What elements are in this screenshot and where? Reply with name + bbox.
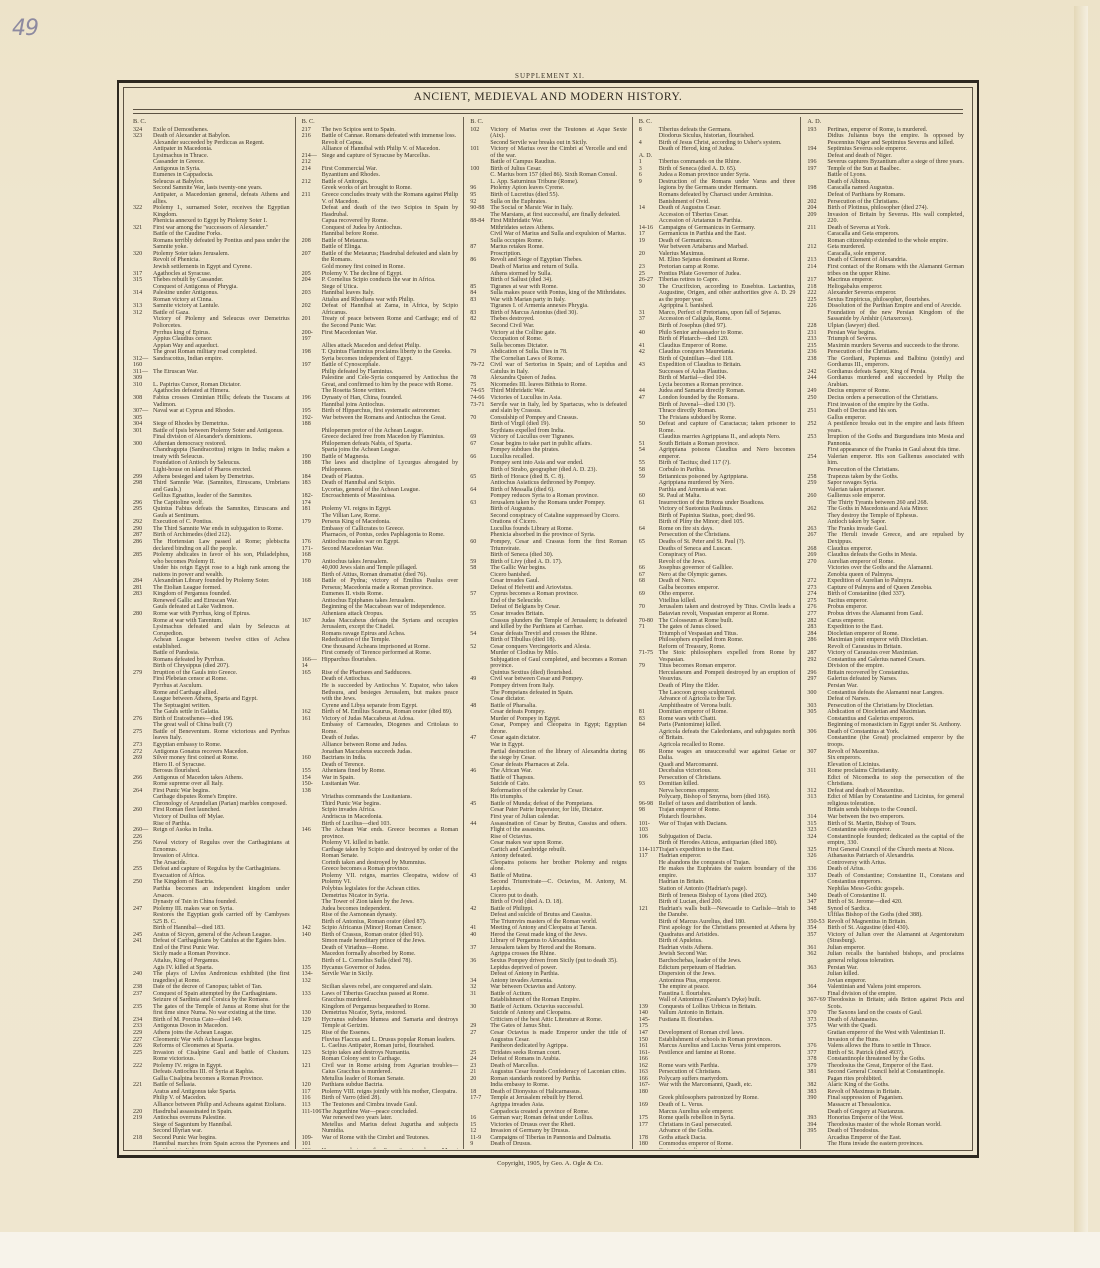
entry-year xyxy=(133,238,153,251)
entry-text: Fustiana II. flourishes. xyxy=(659,1017,796,1030)
entry-year: 171-168 xyxy=(302,546,322,559)
entry-year: 168 xyxy=(302,578,322,591)
entry-text: Palestine and Cele-Syria conquered by An… xyxy=(322,375,459,388)
era-heading: B. C. xyxy=(133,119,290,126)
entry-year: 73-71 xyxy=(470,402,490,415)
timeline-entry: 298Third Samnite War. (Samnites, Etrusca… xyxy=(133,480,290,493)
entry-year: 313 xyxy=(807,794,827,807)
entry-year: 101 xyxy=(470,146,490,159)
entry-year xyxy=(133,1141,153,1149)
entry-text: Metellus and Marius defeat Jugurtha and … xyxy=(322,1122,459,1135)
entry-year xyxy=(639,670,659,683)
entry-year xyxy=(133,447,153,460)
entry-year xyxy=(302,683,322,703)
timeline-entry: 207Battle of the Metaurus; Hasdrubal def… xyxy=(302,251,459,264)
entry-year: 71-75 xyxy=(639,650,659,663)
entry-text: Lysimachus defeated and slain by Seleucu… xyxy=(153,624,290,637)
entry-text: Death of Drusus. xyxy=(490,1141,627,1148)
timeline-entry: 214First contact of the Romans with the … xyxy=(807,264,964,277)
timeline-entry: 337Death of Constantine; Constantine II.… xyxy=(807,873,964,886)
timeline-entry: 201Treaty of peace between Rome and Cart… xyxy=(302,316,459,329)
timeline-entry: 79-72Civil war of Sertorius in Spain; an… xyxy=(470,362,627,375)
entry-year: 188 xyxy=(302,460,322,473)
entry-text: War of Trajan with Dacians. xyxy=(659,821,796,834)
timeline-entry: 168Battle of Pydna; victory of Emilius P… xyxy=(302,578,459,591)
entry-text: Chandragupta (Sandracottus) reigns in In… xyxy=(153,447,290,460)
timeline-entry: Ptolemy VII. reigns, marries Cleopatra, … xyxy=(302,873,459,886)
entry-text: Encroachments of Massinissa. xyxy=(322,493,459,506)
entry-year: 252 xyxy=(807,421,827,434)
timeline-column-2: B. C. 217The two Scipios sent to Spain.2… xyxy=(296,117,465,1149)
timeline-entry: 202Defeat of Hannibal at Zama, in Africa… xyxy=(302,303,459,316)
timeline-entry: 121Civil war in Rome arising from Agrari… xyxy=(302,1063,459,1076)
entry-year: 167-180 xyxy=(639,1082,659,1095)
entry-year xyxy=(807,310,827,323)
entry-year: 238 xyxy=(807,356,827,369)
entry-text: Edict of Milan by Constantine and Licini… xyxy=(827,794,964,807)
entry-year: 44 xyxy=(470,821,490,834)
entry-text: Invasion of Britain by Severus. His wall… xyxy=(827,212,964,225)
timeline-entry: Cesar, Pompey and Cleopatra in Egypt; Eg… xyxy=(470,722,627,735)
timeline-entry: Statue of Aurelius erected. xyxy=(639,1148,796,1149)
timeline-entry: 145-175Fustiana II. flourishes. xyxy=(639,1017,796,1030)
timeline-entry: 244Gordianus murdered and succeeded by P… xyxy=(807,375,964,388)
timeline-column-1: B. C. 324Exile of Demosthenes.323Death o… xyxy=(127,117,296,1149)
entry-text: Romans terribly defeated by Pontius and … xyxy=(153,238,290,251)
entry-text: Victory of Marius over the Cimbri at Ver… xyxy=(490,146,627,159)
entry-text: The gates of the Temple of Janus at Rome… xyxy=(153,1004,290,1017)
entry-text: Antipater, a Macedonian general, defeats… xyxy=(153,192,290,205)
entry-text: Pestilence and famine at Rome. xyxy=(659,1050,796,1063)
entry-text: Lusitanian War. xyxy=(322,781,459,794)
timeline-entry: 253Irruption of the Goths and Burgundian… xyxy=(807,434,964,447)
timeline-entry: Metellus and Marius defeat Jugurtha and … xyxy=(302,1122,459,1135)
entry-text: Reign of Asoka in India. xyxy=(153,827,290,840)
entry-year: 207 xyxy=(302,251,322,264)
era-heading: A. D. xyxy=(807,119,964,126)
timeline-entry: 27Cesar Octavius is made Emperor under t… xyxy=(470,1030,627,1043)
entry-year: 357 xyxy=(807,932,827,945)
entry-year: 322 xyxy=(133,205,153,218)
entry-year: 225 xyxy=(133,1050,153,1063)
entry-year xyxy=(133,912,153,925)
entry-text: Fabius crosses Ciminian Hills; defeats t… xyxy=(153,395,290,408)
entry-year: 166—14 xyxy=(302,657,322,670)
timeline-entry: Achean League between twelve cities of A… xyxy=(133,637,290,650)
entry-year: 54 xyxy=(639,447,659,460)
timeline-entry: 238The Gordiani, Pupienus and Balbinu (j… xyxy=(807,356,964,369)
entry-year: 9 xyxy=(470,1141,490,1148)
entry-year xyxy=(133,886,153,899)
entry-year: 182-174 xyxy=(302,493,322,506)
history-table-frame: ANCIENT, MEDIEVAL AND MODERN HISTORY. B.… xyxy=(117,80,979,1158)
entry-year xyxy=(807,735,827,748)
entry-text: Constantinople founded; dedicated as the… xyxy=(827,834,964,847)
entry-text: Pompey, Cesar and Crassus form the first… xyxy=(490,539,627,552)
entry-list: 324Exile of Demosthenes.323Death of Alex… xyxy=(133,127,290,1149)
entry-year: 146 xyxy=(302,827,322,840)
entry-text: Statue of Aurelius erected. xyxy=(659,1148,796,1149)
page-title: ANCIENT, MEDIEVAL AND MODERN HISTORY. xyxy=(119,91,977,103)
entry-text: Victory of Ptolemy and Seleucus over Dem… xyxy=(153,316,290,329)
title-divider xyxy=(133,109,963,114)
entry-text: Judas Maccabeus defeats the Syrians and … xyxy=(322,618,459,631)
entry-year: 79-72 xyxy=(470,362,490,375)
entry-text: Battle of Beneventum. Rome victorious an… xyxy=(153,729,290,742)
entry-year: 298 xyxy=(133,480,153,493)
entry-year: 308 xyxy=(133,395,153,408)
entry-text: The Achean War ends. Greece becomes a Ro… xyxy=(322,827,459,840)
entry-text: Cesar, Pompey and Cleopatra in Egypt; Eg… xyxy=(490,722,627,735)
entry-year: 214—212 xyxy=(302,153,322,166)
timeline-entry: Defeat and death of the two Scipios in S… xyxy=(302,205,459,218)
entry-year: 121 xyxy=(639,906,659,919)
timeline-entry: 254Valerian emperor. His son Gallienus a… xyxy=(807,454,964,467)
entry-text: Constantine (the Great) proclaimed emper… xyxy=(827,735,964,748)
entry-text: Parthia becomes an independent kingdom u… xyxy=(153,886,290,899)
timeline-entry: 182-174Encroachments of Massinissa. xyxy=(302,493,459,506)
timeline-entry: Romans terribly defeated by Pontius and … xyxy=(133,238,290,251)
timeline-entry: Subjugation of Gaul completed, and becom… xyxy=(470,657,627,670)
timeline-entry: 129Hycranus subdues Idumea and Samaria a… xyxy=(302,1017,459,1030)
timeline-entry: 260—226Reign of Asoka in India. xyxy=(133,827,290,840)
timeline-entry: 86Rome wages an unsuccessful war against… xyxy=(639,749,796,762)
entry-text: The plays of Livius Andronicus exhibited… xyxy=(153,971,290,984)
timeline-entry: Under his reign Egypt rose to a high ran… xyxy=(133,565,290,578)
timeline-entry: 134-132Servile War in Sicily. xyxy=(302,971,459,984)
timeline-entry: 150-138Lusitanian War. xyxy=(302,781,459,794)
timeline-entry: Antipater, a Macedonian general, defeats… xyxy=(133,192,290,205)
entry-text: War between the Romans and Antiochus the… xyxy=(322,415,459,428)
entry-text: First contact of the Romans with the Ala… xyxy=(827,264,964,277)
timeline-entry: He is succeeded by Antiochus V. Eupator,… xyxy=(302,683,459,703)
entry-text: Hannibal marches from Spain across the P… xyxy=(153,1141,290,1149)
entry-text: War of Rome with the Cimbri and Teutones… xyxy=(322,1135,459,1148)
entry-year: 50 xyxy=(639,421,659,434)
timeline-entry: He makes the Euphrates the eastern bound… xyxy=(639,866,796,879)
entry-text: Hyrcanus destroys the Samaritan temple o… xyxy=(322,1148,459,1149)
entry-year: 134-132 xyxy=(302,971,322,984)
timeline-entry: 200-197First Macedonian War. xyxy=(302,330,459,343)
entry-list: 193Pertinax, emperor of Rome, is murdere… xyxy=(807,127,964,1148)
entry-year: 256 xyxy=(133,840,153,853)
timeline-entry: 106Hyrcanus destroys the Samaritan templ… xyxy=(302,1148,459,1149)
entry-text: Treaty of peace between Rome and Carthag… xyxy=(322,316,459,329)
entry-text: Servile war in Italy, led by Spartacus, … xyxy=(490,402,627,415)
entry-year: 286 xyxy=(133,539,153,552)
entry-year: 260—226 xyxy=(133,827,153,840)
timeline-entry: 211Greece concludes treaty with the Roma… xyxy=(302,192,459,205)
entry-text: The laws and discipline of Lycurgus abro… xyxy=(322,460,459,473)
timeline-entry: 252A pestilence breaks out in the empire… xyxy=(807,421,964,434)
entry-text: Partial destruction of the library of Al… xyxy=(490,749,627,762)
entry-year xyxy=(470,618,490,631)
entry-year: 240 xyxy=(133,971,153,984)
entry-year xyxy=(639,866,659,879)
entry-year xyxy=(470,657,490,670)
entry-text: Ptolemy VII. reigns, marries Cleopatra, … xyxy=(322,873,459,886)
entry-text: Defeat and death of the two Scipios in S… xyxy=(322,205,459,218)
entry-text: Invasion of Cisalpine Gaul and battle of… xyxy=(153,1050,290,1063)
entry-year: 106 xyxy=(302,1148,322,1149)
timeline-entry: Foundation of the new Persian Kingdom of… xyxy=(807,310,964,323)
timeline-entry: 240The plays of Livius Andronicus exhibi… xyxy=(133,971,290,984)
timeline-entry: 192-188War between the Romans and Antioc… xyxy=(302,415,459,428)
timeline-entry: Victory of Ptolemy and Seleucus over Dem… xyxy=(133,316,290,329)
entry-text: Cesar Octavius is made Emperor under the… xyxy=(490,1030,627,1043)
entry-text: Julian recalls the banished bishops, and… xyxy=(827,951,964,964)
entry-text: Didius Julianus buys the empire. Is oppo… xyxy=(827,133,964,146)
timeline-entry: 267The Heruli invade Greece, and are rep… xyxy=(807,532,964,545)
entry-year: 235 xyxy=(133,1004,153,1017)
timeline-entry: 312—160Sandracottus, Indian empire. xyxy=(133,356,290,369)
timeline-entry: 313Edict of Milan by Constantine and Lic… xyxy=(807,794,964,807)
timeline-entry: 209Invasion of Britain by Severus. His w… xyxy=(807,212,964,225)
timeline-entry: 44Assassination of Cesar by Brutus, Cass… xyxy=(470,821,627,834)
entry-text: Cleopatra poisons her brother Ptolemy an… xyxy=(490,860,627,873)
timeline-entry: 101Victory of Marius over the Cimbri at … xyxy=(470,146,627,159)
entry-text: The Heruli invade Greece, and are repuls… xyxy=(827,532,964,545)
timeline-entry: 166—14Hipparchus flourishes. xyxy=(302,657,459,670)
entry-text: War with the Marcomanni, Quadi, etc. xyxy=(659,1082,796,1095)
entry-text: A pestilence breaks out in the empire an… xyxy=(827,421,964,434)
entry-year: 367-'69 xyxy=(807,997,827,1010)
timeline-entry: 324Constantinople founded; dedicated as … xyxy=(807,834,964,847)
entry-text: Hipparchus flourishes. xyxy=(322,657,459,670)
entry-text: Agricola defeats the Caledonians, and su… xyxy=(659,729,796,742)
entry-text: Theodosius in Britain; aids Briton again… xyxy=(827,997,964,1010)
entry-text: He makes the Euphrates the eastern bound… xyxy=(659,866,796,879)
timeline-entry: 167Judas Maccabeus defeats the Syrians a… xyxy=(302,618,459,631)
timeline-entry: 275Battle of Beneventum. Rome victorious… xyxy=(133,729,290,742)
entry-text: Naval victory of Regulus over the Cartha… xyxy=(153,840,290,853)
entry-year xyxy=(302,1122,322,1135)
entry-text: The Hortensian Law passed at Rome; plebi… xyxy=(153,539,290,552)
entry-year: 214 xyxy=(807,264,827,277)
entry-list: 102Victory of Marius over the Teutones a… xyxy=(470,127,627,1148)
entry-text: Edict of Nicomedia to stop the persecuti… xyxy=(827,775,964,788)
entry-text: Rome wages an unsuccessful war against G… xyxy=(659,749,796,762)
timeline-entry: 295Quintus Fabius defeats the Samnites, … xyxy=(133,506,290,519)
copyright-notice: Copyright, 1905, by Geo. A. Ogle & Co. xyxy=(0,1160,1100,1167)
entry-text: Battle of the Metaurus; Hasdrubal defeat… xyxy=(322,251,459,264)
entry-year: 161-166 xyxy=(639,1050,659,1063)
timeline-entry: Chandragupta (Sandracottus) reigns in In… xyxy=(133,447,290,460)
timeline-entry: 308Fabius crosses Ciminian Hills; defeat… xyxy=(133,395,290,408)
entry-year: 307—305 xyxy=(133,408,153,421)
entry-text: He is succeeded by Antiochus V. Eupator,… xyxy=(322,683,459,703)
era-heading: B. C. xyxy=(302,119,459,126)
entry-text: Ptolemy I., surnamed Soter, receives the… xyxy=(153,205,290,218)
timeline-entry: Constantine (the Great) proclaimed emper… xyxy=(807,735,964,748)
entry-list: 8Tiberius defeats the Germans.Diodorus S… xyxy=(639,127,796,1149)
entry-text: Defeat and capture of Caractacus; taken … xyxy=(659,421,796,434)
entry-text: The Crucifixion, according to Eusebius. … xyxy=(659,284,796,304)
entry-year: 167 xyxy=(302,618,322,631)
entry-year xyxy=(470,879,490,892)
timeline-entry: 109-101War of Rome with the Cimbri and T… xyxy=(302,1135,459,1148)
entry-text: Battle of Pydna; victory of Emilius Paul… xyxy=(322,578,459,591)
timeline-column-5: A. D. 193Pertinax, emperor of Rome, is m… xyxy=(801,117,969,1149)
entry-text: Ptolemy abdicates in favor of his son, P… xyxy=(153,552,290,565)
entry-year: 324 xyxy=(807,834,827,847)
supplement-label: SUPPLEMENT XI. xyxy=(0,72,1100,80)
entry-text: Agrippiana poisons Claudius and Nero bec… xyxy=(659,447,796,460)
entry-year: 86 xyxy=(639,749,659,762)
entry-text: Achean League between twelve cities of A… xyxy=(153,637,290,650)
timeline-entry: 167-180War with the Marcomanni, Quadi, e… xyxy=(639,1082,796,1095)
timeline-entry: Lysimachus defeated and slain by Seleucu… xyxy=(133,624,290,637)
timeline-entry: 71-75The Stoic philosophers expelled fro… xyxy=(639,650,796,663)
entry-year: 312—160 xyxy=(133,356,153,369)
era-heading: B. C. xyxy=(470,119,627,126)
entry-year xyxy=(639,925,659,938)
timeline-entry: 30The Crucifixion, according to Eusebius… xyxy=(639,284,796,304)
entry-year: 30 xyxy=(639,284,659,304)
entry-year: 192-188 xyxy=(302,415,322,428)
entry-text: Jerusalem taken and destroyed by Titus. … xyxy=(659,604,796,617)
entry-text: Naval war at Cyprus and Rhodes. xyxy=(153,408,290,421)
timeline-entry: 161-166Pestilence and famine at Rome. xyxy=(639,1050,796,1063)
entry-year xyxy=(470,860,490,873)
timeline-entry: Second Triumvirate—C. Octavius, M. Anton… xyxy=(470,879,627,892)
timeline-entry: 60Pompey, Cesar and Crassus form the fir… xyxy=(470,539,627,552)
timeline-entry: Carthage taken by Scipio and destroyed b… xyxy=(302,847,459,860)
entry-text: Irruption of the Goths and Burgundians i… xyxy=(827,434,964,447)
entry-list: 217The two Scipios sent to Spain.216Batt… xyxy=(302,127,459,1149)
entry-text: The Etruscan War. xyxy=(153,369,290,382)
entry-year: 109-101 xyxy=(302,1135,322,1148)
timeline-entry: 256Naval victory of Regulus over the Car… xyxy=(133,840,290,853)
entry-year: 145-175 xyxy=(639,1017,659,1030)
entry-text: First apology for the Christians present… xyxy=(659,925,796,938)
timeline-entry: 322Ptolemy I., surnamed Soter, receives … xyxy=(133,205,290,218)
entry-year: 362 xyxy=(807,951,827,964)
timeline-entry: Parthia becomes an independent kingdom u… xyxy=(133,886,290,899)
timeline-entry: 235The gates of the Temple of Janus at R… xyxy=(133,1004,290,1017)
entry-year: 200-197 xyxy=(302,330,322,343)
timeline-entry: First apology for the Christians present… xyxy=(639,925,796,938)
entry-year: 311—309 xyxy=(133,369,153,382)
entry-text: Crassus plunders the Temple of Jerusalem… xyxy=(490,618,627,631)
entry-text: Civil war of Sertorius in Spain; and of … xyxy=(490,362,627,375)
entry-year xyxy=(470,722,490,735)
entry-text: Restores the Egyptian gods carried off b… xyxy=(153,912,290,925)
entry-text: Third Samnite War. (Samnites, Etruscans,… xyxy=(153,480,290,493)
timeline-entry: 286The Hortensian Law passed at Rome; pl… xyxy=(133,539,290,552)
timeline-entry: 357Victory of Julian over the Alamanni a… xyxy=(807,932,964,945)
entry-year xyxy=(133,316,153,329)
timeline-entry: Hannibal marches from Spain across the P… xyxy=(133,1141,290,1149)
entry-year: 70 xyxy=(639,604,659,617)
handwritten-page-number: 49 xyxy=(12,16,38,41)
entry-text: Gordianus murdered and succeeded by Phil… xyxy=(827,375,964,388)
timeline-entry: Partial destruction of the library of Al… xyxy=(470,749,627,762)
entry-year: 209 xyxy=(807,212,827,225)
timeline-entry: 9Destruction of the Romans under Varus a… xyxy=(639,179,796,192)
timeline-columns: B. C. 324Exile of Demosthenes.323Death o… xyxy=(127,117,969,1149)
entry-text: Death of Constantine; Constantine II., C… xyxy=(827,873,964,886)
entry-text: Foundation of the new Persian Kingdom of… xyxy=(827,310,964,323)
entry-text: Valerian emperor. His son Gallienus asso… xyxy=(827,454,964,467)
timeline-entry: Restores the Egyptian gods carried off b… xyxy=(133,912,290,925)
entry-text: Assassination of Cesar by Brutus, Cassiu… xyxy=(490,821,627,834)
entry-text: Greece concludes treaty with the Romans … xyxy=(322,192,459,205)
entry-year: 201 xyxy=(302,316,322,329)
page-bottom-margin xyxy=(0,1232,1100,1268)
timeline-column-4: B. C. 8Tiberius defeats the Germans.Diod… xyxy=(633,117,802,1149)
entry-text: Victory of Marius over the Teutones at A… xyxy=(490,127,627,140)
timeline-entry: 214—212Siege and capture of Syracuse by … xyxy=(302,153,459,166)
entry-text: Quintus Fabius defeats the Samnites, Etr… xyxy=(153,506,290,519)
entry-year xyxy=(639,729,659,742)
entry-year xyxy=(133,565,153,578)
entry-year xyxy=(133,192,153,205)
timeline-entry: 225Invasion of Cisalpine Gaul and battle… xyxy=(133,1050,290,1063)
timeline-entry: 101-103War of Trajan with Dacians. xyxy=(639,821,796,834)
entry-year: 202 xyxy=(302,303,322,316)
era-heading: B. C. xyxy=(639,119,796,126)
entry-year: 253 xyxy=(807,434,827,447)
entry-year xyxy=(470,749,490,762)
entry-text: Civil war in Rome arising from Agrarian … xyxy=(322,1063,459,1076)
timeline-entry: 367-'69Theodosius in Britain; aids Brito… xyxy=(807,997,964,1010)
timeline-entry: Didius Julianus buys the empire. Is oppo… xyxy=(807,133,964,146)
entry-year: 211 xyxy=(302,192,322,205)
entry-text: The Huns invade the eastern provinces. xyxy=(827,1141,964,1148)
timeline-entry: The Huns invade the eastern provinces. xyxy=(807,1141,964,1148)
entry-year: 267 xyxy=(807,532,827,545)
entry-year: 101-103 xyxy=(639,821,659,834)
entry-year xyxy=(807,1141,827,1148)
entry-year xyxy=(807,775,827,788)
entry-year: 150-138 xyxy=(302,781,322,794)
entry-text: First Macedonian War. xyxy=(322,330,459,343)
entry-year xyxy=(302,375,322,388)
entry-text: Second Triumvirate—C. Octavius, M. Anton… xyxy=(490,879,627,892)
entry-text: Second Macedonian War. xyxy=(322,546,459,559)
entry-text: Under his reign Egypt rose to a high ran… xyxy=(153,565,290,578)
entry-text: Hycranus subdues Idumea and Samaria and … xyxy=(322,1017,459,1030)
entry-year: 60 xyxy=(470,539,490,552)
entry-year: 285 xyxy=(133,552,153,565)
timeline-entry: 70Jerusalem taken and destroyed by Titus… xyxy=(639,604,796,617)
entry-text: Siege and capture of Syracuse by Marcell… xyxy=(322,153,459,166)
timeline-entry: 102Victory of Marius over the Teutones a… xyxy=(470,127,627,140)
entry-text: Carthage taken by Scipio and destroyed b… xyxy=(322,847,459,860)
timeline-entry: 73-71Servile war in Italy, led by Sparta… xyxy=(470,402,627,415)
page-edge-shadow xyxy=(1074,6,1088,1236)
entry-year: 121 xyxy=(302,1063,322,1076)
timeline-entry: 9Death of Drusus. xyxy=(470,1141,627,1148)
timeline-entry: Cleopatra poisons her brother Ptolemy an… xyxy=(470,860,627,873)
timeline-entry: Edict of Nicomedia to stop the persecuti… xyxy=(807,775,964,788)
entry-year: 129 xyxy=(302,1017,322,1030)
timeline-entry: 285Ptolemy abdicates in favor of his son… xyxy=(133,552,290,565)
entry-year: 295 xyxy=(133,506,153,519)
entry-year xyxy=(639,1148,659,1149)
entry-year xyxy=(302,873,322,886)
entry-text: Hadrian's walls built—Newcastle to Carli… xyxy=(659,906,796,919)
timeline-entry: 362Julian recalls the banished bishops, … xyxy=(807,951,964,964)
entry-year: 27 xyxy=(470,1030,490,1043)
timeline-entry: 311—309The Etruscan War. xyxy=(133,369,290,382)
entry-text: Herculaneum and Pompeii destroyed by an … xyxy=(659,670,796,683)
timeline-entry: 50Defeat and capture of Caractacus; take… xyxy=(639,421,796,434)
entry-text: Victory of Julian over the Alamanni at A… xyxy=(827,932,964,945)
entry-text: The Stoic philosophers expelled from Rom… xyxy=(659,650,796,663)
entry-text: Subjugation of Gaul completed, and becom… xyxy=(490,657,627,670)
